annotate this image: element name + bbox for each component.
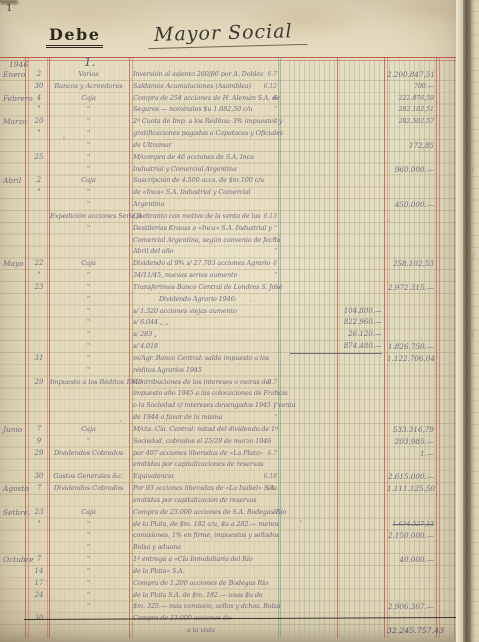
entry-day: 2 <box>32 175 46 187</box>
entry-folio: " <box>260 246 277 258</box>
entry-description: de 1944 a favor de la misma <box>133 412 269 424</box>
entry-amount: 2.200.847,51 <box>387 69 434 81</box>
ledger-row: "Argentina450.000.— <box>0 199 456 211</box>
entry-account: " <box>50 530 127 542</box>
entry-description: Destilerías Krauss a «Inca» S.A. Industr… <box>133 223 269 235</box>
entry-amount: 172,85 <box>387 140 434 152</box>
ledger-row: "$m. 325.— más comisión, sellos y dchos.… <box>0 601 456 613</box>
entry-description: Compra de 1.200 acciones de Bodegas Río <box>133 578 269 590</box>
entry-amount: 2.150.000.— <box>387 530 434 542</box>
entry-folio: " <box>260 270 277 282</box>
ledger-row: 25"M/compra de 46 acciones de S.A. Inca <box>0 152 456 164</box>
entry-account: Gastos Generales &c. <box>50 471 127 483</box>
entry-day: 4 <box>32 93 46 105</box>
entry-day: 29 <box>32 377 46 389</box>
entry-account: Impuesto a los Réditos 1945 <box>50 377 127 389</box>
entry-description: Por 93 acciones liberadas de «La Isabel»… <box>133 483 269 495</box>
entry-amount: 2.972.315.— <box>387 282 434 294</box>
entry-day: 31 <box>32 353 46 365</box>
entry-account: Bancos y Acreedores <box>50 81 127 93</box>
ledger-row: "s/ 4.018874.480.—1.826.750.— <box>0 341 456 353</box>
facing-page-ruling <box>471 0 479 642</box>
ledger-row: Expedición acciones Serie AQuebranto con… <box>0 211 456 223</box>
entry-amount: 1.122.706,04 <box>387 353 434 365</box>
entry-account: " <box>50 519 127 531</box>
entry-account: " <box>50 554 127 566</box>
ledger-row: impuesto año 1945 a las colocaciones de … <box>0 388 456 400</box>
entry-account: " <box>50 590 127 602</box>
entry-day: 20 <box>32 116 46 128</box>
entry-account: Caja <box>50 258 127 270</box>
ledger-row: 24"de la Plata S.A. de $m. 182.— unas $u… <box>0 590 456 602</box>
entry-day: 7 <box>32 424 46 436</box>
entry-amount: 222.876,59 <box>387 93 434 105</box>
ledger-row: Agosto7Dividendos CobradosPor 93 accione… <box>0 483 456 495</box>
entry-folio: " <box>260 223 277 235</box>
entry-day: 14 <box>32 566 46 578</box>
ledger-row: 14"de la Plata» S.A. <box>0 566 456 578</box>
ledger-row: emitidas por capitalización de reservas <box>0 495 456 507</box>
entry-account: Varios <box>50 69 127 81</box>
entry-description: Saldamos Acumulaciones (Asamblea) <box>133 81 269 93</box>
ledger-row: de 1944 a favor de la misma" <box>0 412 456 424</box>
entry-account: Caja <box>50 93 127 105</box>
entry-folio: 6.18 <box>260 471 277 483</box>
facing-page-edge <box>471 0 479 642</box>
entry-day: 9 <box>32 436 46 448</box>
entry-description: m/Agr. Banco Central: saldo impuesto a l… <box>133 353 269 365</box>
ledger-row: "réditos Agrarios 1945 <box>0 365 456 377</box>
entry-account: Dividendos Cobrados <box>50 448 127 460</box>
entry-description: s/ 1.320 acciones viejas aumento <box>133 306 269 318</box>
entry-description: Suscripción de 4.500 accs. de $m 100 c/u <box>133 175 269 187</box>
ledger-row: o la Sociedad c/ intereses devengados 19… <box>0 400 456 412</box>
ledger-row: Enero2VariosInversión al asiento 260/86 … <box>0 69 456 81</box>
entry-day: 30 <box>32 81 46 93</box>
entry-day: 7 <box>32 554 46 566</box>
ledger-row: emitidas por capitalizaciones de reserva… <box>0 459 456 471</box>
ledger-row: a la vista32.245.757,43 <box>0 625 456 637</box>
entry-description: impuesto año 1945 a las colocaciones de … <box>133 388 269 400</box>
entry-account: " <box>50 578 127 590</box>
entry-folio: 6 <box>260 93 277 105</box>
ledger-row: "de Ultramar172,85 <box>0 140 456 152</box>
entry-month: Junio <box>3 424 32 436</box>
book-gutter-crease <box>463 0 471 642</box>
entry-account: " <box>50 199 127 211</box>
entry-description: Transferimos Banco Central de Londres S.… <box>133 282 269 294</box>
entry-account: " <box>50 294 127 306</box>
entry-subamount: 822.960.— <box>290 317 382 329</box>
entry-day: " <box>32 270 46 282</box>
entry-folio: 6.7 <box>260 377 277 389</box>
entry-description: de la Plata, de $m. 182 c/u, $u a 282.— … <box>133 519 269 531</box>
entry-account: " <box>50 365 127 377</box>
ledger-row: ""34/11/45, nuevas series aumento" <box>0 270 456 282</box>
ledger-row: Octubre7"1ª entrega a «Cía Inmobiliaria … <box>0 554 456 566</box>
entry-description: o la Sociedad c/ intereses devengados 19… <box>133 400 269 412</box>
entry-description: 2ª Cuota de Imp. a los Réditos: 3% impue… <box>133 116 269 128</box>
entry-description: Dividendo Agrario 1946: <box>133 294 295 306</box>
entry-description: M/compra de 46 acciones de S.A. Inca <box>133 152 269 164</box>
entry-amount: 282.502,57 <box>387 116 434 128</box>
entry-description: Equivalencia <box>133 471 269 483</box>
ledger-row: 23"Transferimos Banco Central de Londres… <box>0 282 456 294</box>
entry-amount: 450.000.— <box>387 199 434 211</box>
ledger-row: 17"Compra de 1.200 acciones de Bodegas R… <box>0 578 456 590</box>
entry-account: " <box>50 317 127 329</box>
entry-folio: " <box>260 282 277 294</box>
entry-description: Sociedad, cobrados el 25/29 de marzo 194… <box>133 436 269 448</box>
entry-folio: " <box>260 400 277 412</box>
entry-description: Argentina <box>133 199 269 211</box>
entry-day: 7 <box>32 483 46 495</box>
entry-description: por 407 acciones liberadas de «La Plata» <box>133 448 269 460</box>
entry-description: Seguros — nominales $u 1.082,50 c/u <box>133 104 269 116</box>
entry-month: Abril <box>3 175 32 187</box>
entry-day: 23 <box>32 282 46 294</box>
entry-day: 24 <box>32 590 46 602</box>
ledger-row: 29Dividendos Cobradospor 407 acciones li… <box>0 448 456 460</box>
ledger-row: ""gratificaciones pagadas a Capataces y … <box>0 128 456 140</box>
entry-folio: " <box>260 116 277 128</box>
entry-folio: 6.12 <box>260 81 277 93</box>
entry-folio: " <box>260 235 277 247</box>
entry-account: " <box>50 140 127 152</box>
entry-account: " <box>50 341 127 353</box>
ink-bleed-mark <box>471 329 479 339</box>
entry-account: " <box>50 116 127 128</box>
entry-month: Agosto <box>3 483 32 495</box>
entry-month: Setbre. <box>3 507 32 519</box>
entry-account: Caja <box>50 507 127 519</box>
entry-month: Octubre <box>3 554 32 566</box>
entry-account: " <box>50 187 127 199</box>
ledger-row: Comercial Argentina, según convenio de f… <box>0 235 456 247</box>
entry-account: " <box>50 306 127 318</box>
entry-description: Dividendo al 9% s/ 27.703 acciones Agrar… <box>133 258 269 270</box>
entry-description: 34/11/45, nuevas series aumento <box>133 270 269 282</box>
entry-amount: 282.102,51 <box>387 104 434 116</box>
entry-amount: 960.000.— <box>387 164 434 176</box>
entry-folio: 6 <box>260 507 277 519</box>
entry-description: s/ 4.018 <box>133 341 269 353</box>
ledger-row: 9"Sociedad, cobrados el 25/29 de marzo 1… <box>0 436 456 448</box>
page-edge-highlight <box>456 0 463 642</box>
ledger-row: ""de la Plata, de $m. 182 c/u, $u a 282.… <box>0 519 456 531</box>
ledger-row: "Destilerías Krauss a «Inca» S.A. Indust… <box>0 223 456 235</box>
entry-subamount: 104.800.— <box>290 306 382 318</box>
entry-folio: " <box>260 104 277 116</box>
entry-description: M/cta. Cía. Central: mitad del dividendo… <box>133 424 269 436</box>
entry-account: " <box>50 128 127 140</box>
entry-description: a la vista <box>133 625 269 637</box>
entry-amount: 1.— <box>387 448 434 460</box>
ledger-paper: 1 Debe Mayor Social 1946 1. Enero2Varios… <box>0 0 456 642</box>
entry-folio: 6.7 <box>260 448 277 460</box>
entry-description: Compra de 254 acciones de H. Alemán S.A.… <box>133 93 269 105</box>
entry-day: " <box>32 187 46 199</box>
entry-description: Abril del año <box>133 246 269 258</box>
entry-account: " <box>50 270 127 282</box>
entry-account: Expedición acciones Serie A <box>50 211 127 223</box>
entry-account: " <box>50 566 127 578</box>
entry-account: " <box>50 282 127 294</box>
entry-account: " <box>50 436 127 448</box>
entry-folio: 6 <box>260 258 277 270</box>
ledger-row: ""de «Inca» S.A. Industrial y Comercial <box>0 187 456 199</box>
entry-description: réditos Agrarios 1945 <box>133 365 269 377</box>
entry-description: s/ 283 „ <box>133 329 269 341</box>
entry-day: 2 <box>32 69 46 81</box>
entry-amount: 2.906.307.— <box>387 601 434 613</box>
ledger-row: "s/ 283 „26.120.— <box>0 329 456 341</box>
entry-description: Compra de 23.000 acciones de S.A. Bodega… <box>133 507 269 519</box>
entry-day: " <box>32 128 46 140</box>
entry-account: " <box>50 329 127 341</box>
entry-description: emitidas por capitalización de reservas <box>133 495 269 507</box>
ledger-row: Abril2CajaSuscripción de 4.500 accs. de … <box>0 175 456 187</box>
entry-description: s/ 6.044 „ „ <box>133 317 269 329</box>
entry-amount: 1.634.527,13 <box>387 519 434 531</box>
ledger-rows: Enero2VariosInversión al asiento 260/86 … <box>0 0 456 642</box>
entry-folio: " <box>260 412 277 424</box>
entry-account: " <box>50 223 127 235</box>
entry-description: de la Plata S.A. de $m. 182.— unas $u de <box>133 590 269 602</box>
entry-amount: 203.985.— <box>387 436 434 448</box>
ledger-row: Setbre.23CajaCompra de 23.000 acciones d… <box>0 507 456 519</box>
entry-amount: 2.615.000.— <box>387 471 434 483</box>
entry-account: " <box>50 104 127 116</box>
ledger-row: Febrero4CajaCompra de 254 acciones de H.… <box>0 93 456 105</box>
entry-day: 23 <box>32 507 46 519</box>
entry-day: " <box>32 519 46 531</box>
entry-account: Dividendos Cobrados <box>50 483 127 495</box>
ledger-row: ""Seguros — nominales $u 1.082,50 c/u"28… <box>0 104 456 116</box>
ledger-row: 29Impuesto a los Réditos 1945Contribucio… <box>0 377 456 389</box>
entry-description: emitidas por capitalizaciones de reserva… <box>133 459 269 471</box>
entry-month: Mayo <box>3 258 32 270</box>
ledger-row: Mayo22CajaDividendo al 9% s/ 27.703 acci… <box>0 258 456 270</box>
entry-subamount: 26.120.— <box>290 329 382 341</box>
ledger-row: "s/ 1.320 acciones viejas aumento104.800… <box>0 306 456 318</box>
entry-account: " <box>50 601 127 613</box>
entry-description: Quebranto con motivo de la venta de las <box>133 211 269 223</box>
ledger-row: Marzo20"2ª Cuota de Imp. a los Réditos: … <box>0 116 456 128</box>
ledger-row: Abril del año" <box>0 246 456 258</box>
ledger-row: 30Gastos Generales &c.Equivalencia6.182.… <box>0 471 456 483</box>
entry-folio: 6.13 <box>260 211 277 223</box>
ink-bleed-mark <box>471 165 479 175</box>
entry-description: Contribuciones de los intereses o moras … <box>133 377 269 389</box>
ledger-row: "comisiones, 1% en firme, impuestos y se… <box>0 530 456 542</box>
entry-folio: " <box>260 388 277 400</box>
entry-amount: 40.000.— <box>387 554 434 566</box>
entry-amount: 32.245.757,43 <box>387 625 434 637</box>
entry-account: " <box>50 353 127 365</box>
entry-amount: 1.826.750.— <box>387 341 434 353</box>
entry-day: " <box>32 104 46 116</box>
entry-description: de «Inca» S.A. Industrial y Comercial <box>133 187 269 199</box>
entry-account: Caja <box>50 175 127 187</box>
entry-month: Febrero <box>3 93 32 105</box>
ledger-row: "s/ 6.044 „ „822.960.— <box>0 317 456 329</box>
entry-month: Marzo <box>3 116 32 128</box>
entry-description: Bolsa y aduana <box>133 542 269 554</box>
ledger-row: Junio7CajaM/cta. Cía. Central: mitad del… <box>0 424 456 436</box>
entry-account: " <box>50 152 127 164</box>
scanned-ledger-page: 1 Debe Mayor Social 1946 1. Enero2Varios… <box>0 0 479 642</box>
entry-account: " <box>50 542 127 554</box>
entry-description: de Ultramar <box>133 140 269 152</box>
entry-month: Enero <box>3 69 32 81</box>
entry-folio: Vto <box>260 483 277 495</box>
entry-day: 30 <box>32 471 46 483</box>
entry-day: 17 <box>32 578 46 590</box>
ledger-row: "Dividendo Agrario 1946: <box>0 294 456 306</box>
ink-bleed-mark <box>472 251 479 261</box>
ledger-row: "Industrial y Comercial Argentina960.000… <box>0 164 456 176</box>
entry-description: $m. 325.— más comisión, sellos y dchos. … <box>133 601 269 613</box>
ledger-row: 31"m/Agr. Banco Central: saldo impuesto … <box>0 353 456 365</box>
entry-description: 1ª entrega a «Cía Inmobiliaria del Río <box>133 554 269 566</box>
entry-description: gratificaciones pagadas a Capataces y Of… <box>133 128 269 140</box>
entry-description: Comercial Argentina, según convenio de f… <box>133 235 269 247</box>
ledger-row: 30Bancos y AcreedoresSaldamos Acumulacio… <box>0 81 456 93</box>
entry-amount: 258.102,53 <box>387 258 434 270</box>
entry-day: 29 <box>32 448 46 460</box>
entry-account: Caja <box>50 424 127 436</box>
entry-description: de la Plata» S.A. <box>133 566 269 578</box>
entry-amount: 533.316,79 <box>387 424 434 436</box>
entry-description: comisiones, 1% en firme, impuestos y sel… <box>133 530 269 542</box>
entry-day: 22 <box>32 258 46 270</box>
entry-day: 25 <box>32 152 46 164</box>
entry-folio: 6.7 <box>260 69 277 81</box>
entry-account: " <box>50 164 127 176</box>
ledger-row: "Bolsa y aduana <box>0 542 456 554</box>
entry-amount: 700.— <box>387 81 434 93</box>
entry-amount: 1.111.125,50 <box>387 483 434 495</box>
entry-description: Industrial y Comercial Argentina <box>133 164 269 176</box>
entry-description: Inversión al asiento 260/86 por A. Doble… <box>133 69 269 81</box>
